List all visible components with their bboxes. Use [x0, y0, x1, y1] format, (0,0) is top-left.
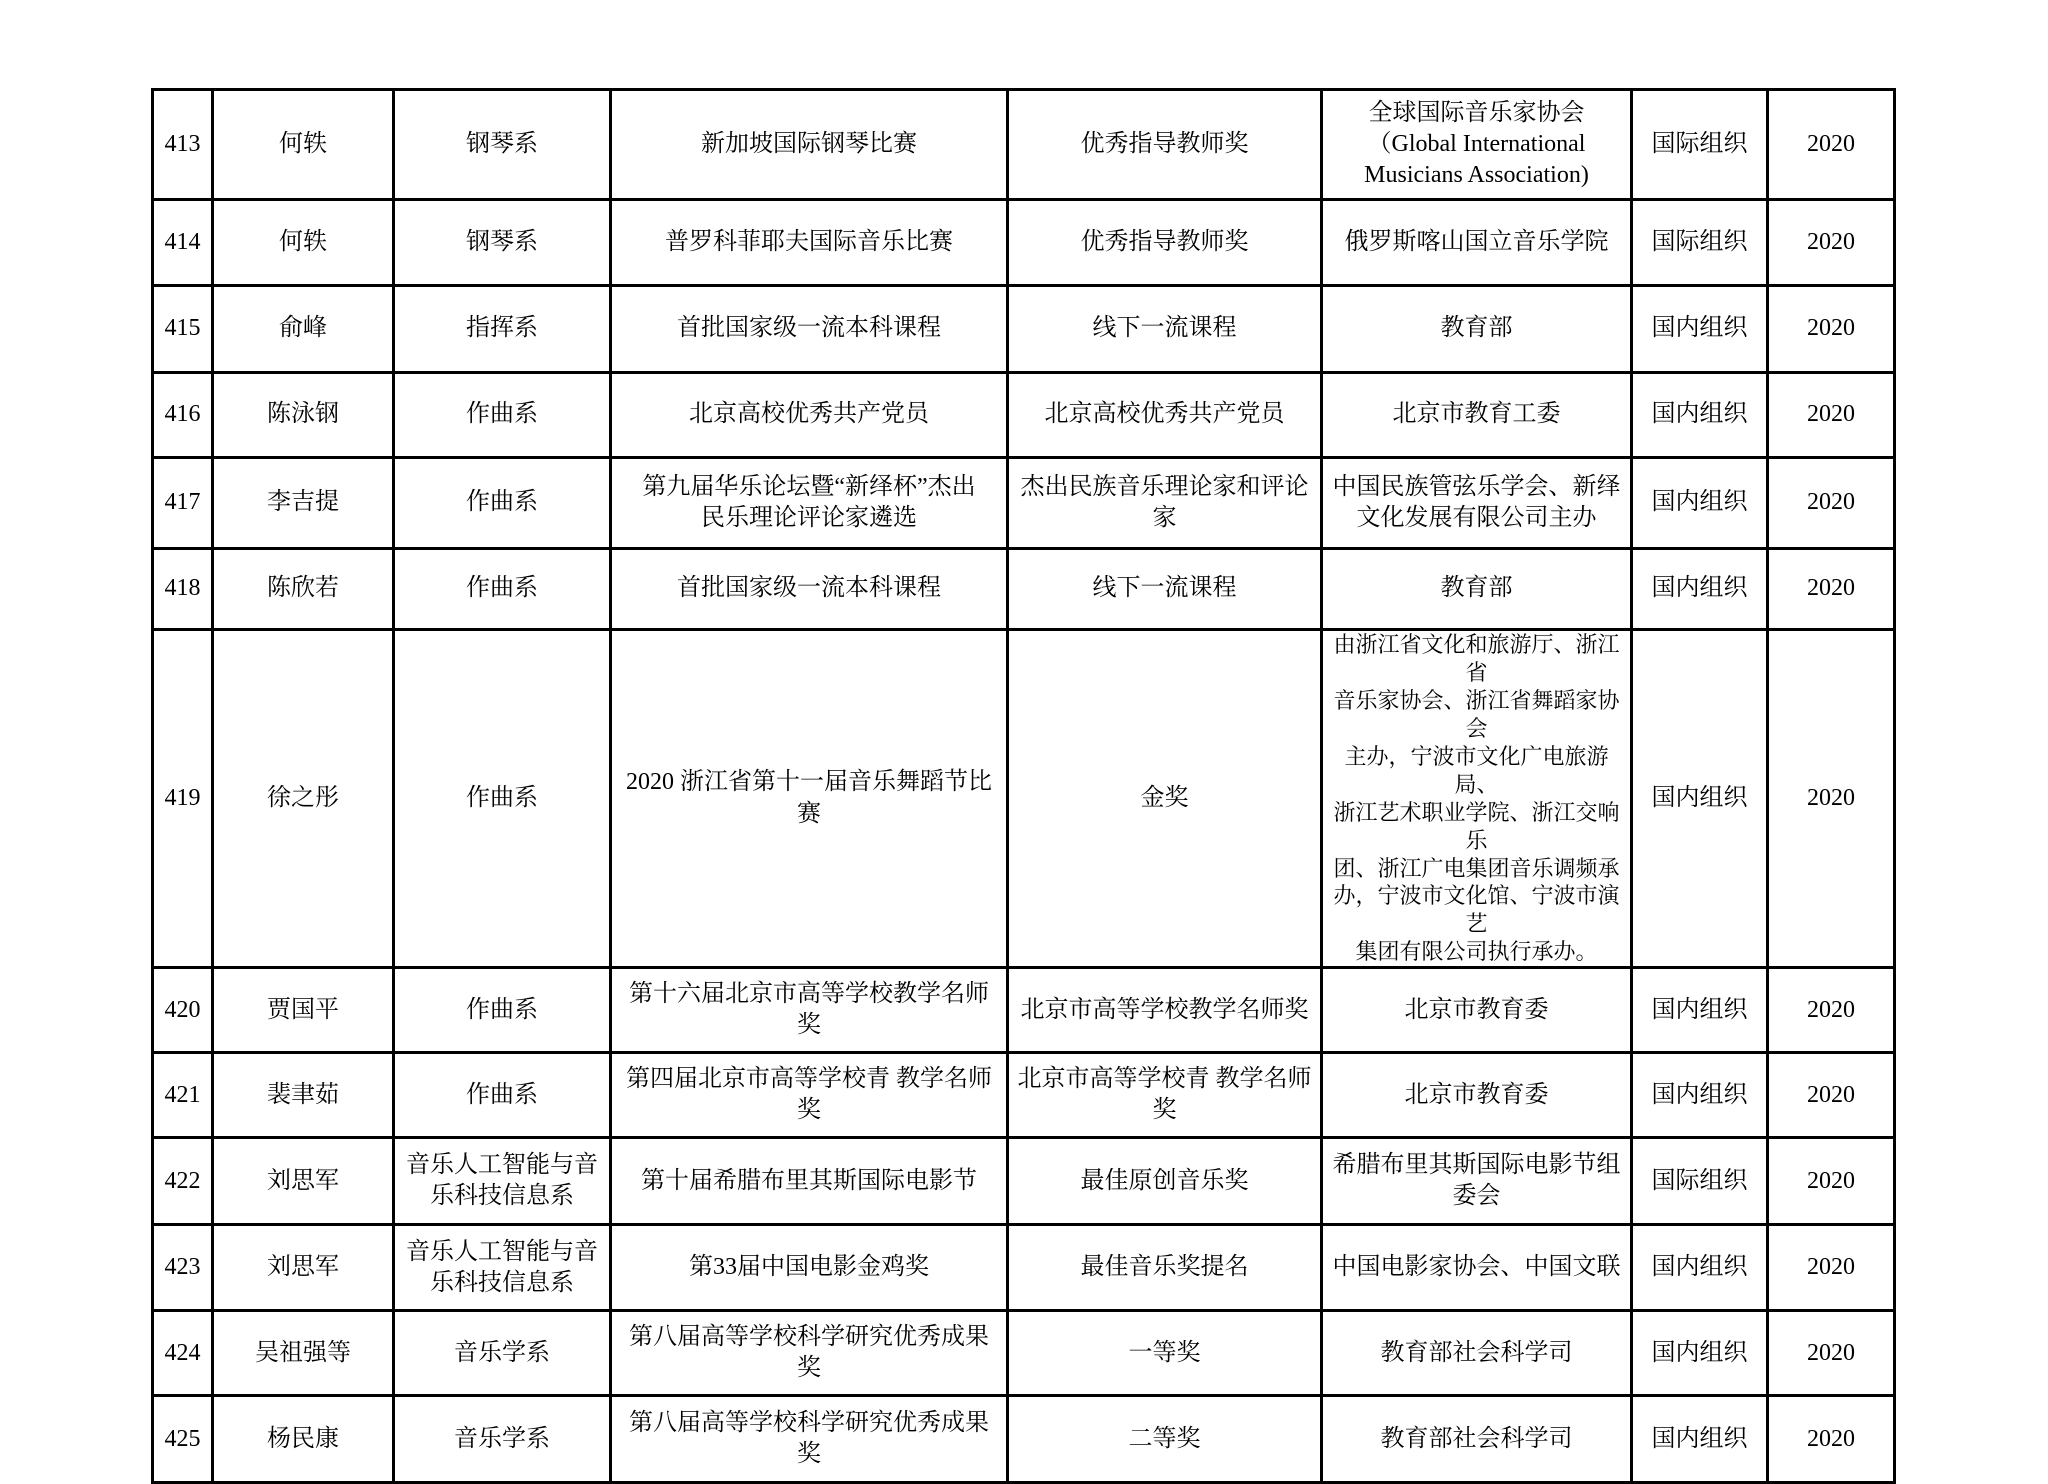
- department-cell: 音乐人工智能与音 乐科技信息系: [394, 1225, 611, 1311]
- department-cell: 钢琴系: [394, 200, 611, 286]
- organization-cell: 北京市教育委: [1322, 1053, 1632, 1138]
- department-cell: 作曲系: [394, 968, 611, 1053]
- year-cell: 2020: [1768, 968, 1895, 1053]
- seq-cell: 413: [153, 90, 213, 200]
- award-cell: 线下一流课程: [1008, 549, 1322, 630]
- name-cell: 杨民康: [213, 1396, 394, 1483]
- table-row: 418 陈欣若 作曲系 首批国家级一流本科课程 线下一流课程 教育部 国内组织 …: [153, 549, 1895, 630]
- name-cell: 裴聿茹: [213, 1053, 394, 1138]
- award-cell: 最佳原创音乐奖: [1008, 1138, 1322, 1225]
- organization-cell: 由浙江省文化和旅游厅、浙江省 音乐家协会、浙江省舞蹈家协会 主办，宁波市文化广电…: [1322, 630, 1632, 968]
- table-row: 421 裴聿茹 作曲系 第四届北京市高等学校青 教学名师 奖 北京市高等学校青 …: [153, 1053, 1895, 1138]
- seq-cell: 422: [153, 1138, 213, 1225]
- year-cell: 2020: [1768, 1396, 1895, 1483]
- organization-cell: 北京市教育委: [1322, 968, 1632, 1053]
- category-cell: 国际组织: [1632, 90, 1768, 200]
- name-cell: 刘思军: [213, 1225, 394, 1311]
- name-cell: 何轶: [213, 90, 394, 200]
- event-cell: 第八届高等学校科学研究优秀成果 奖: [611, 1311, 1008, 1396]
- seq-cell: 415: [153, 286, 213, 373]
- seq-cell: 423: [153, 1225, 213, 1311]
- organization-cell: 教育部社会科学司: [1322, 1311, 1632, 1396]
- table-row: 425 杨民康 音乐学系 第八届高等学校科学研究优秀成果 奖 二等奖 教育部社会…: [153, 1396, 1895, 1483]
- organization-cell: 中国民族管弦乐学会、新绎 文化发展有限公司主办: [1322, 458, 1632, 549]
- name-cell: 何轶: [213, 200, 394, 286]
- event-cell: 首批国家级一流本科课程: [611, 286, 1008, 373]
- event-cell: 首批国家级一流本科课程: [611, 549, 1008, 630]
- event-cell: 新加坡国际钢琴比赛: [611, 90, 1008, 200]
- award-cell: 金奖: [1008, 630, 1322, 968]
- table-row: 413 何轶 钢琴系 新加坡国际钢琴比赛 优秀指导教师奖 全球国际音乐家协会 （…: [153, 90, 1895, 200]
- year-cell: 2020: [1768, 630, 1895, 968]
- award-cell: 北京市高等学校教学名师奖: [1008, 968, 1322, 1053]
- name-cell: 陈泳钢: [213, 373, 394, 458]
- year-cell: 2020: [1768, 200, 1895, 286]
- award-cell: 线下一流课程: [1008, 286, 1322, 373]
- organization-cell: 教育部社会科学司: [1322, 1396, 1632, 1483]
- award-cell: 二等奖: [1008, 1396, 1322, 1483]
- award-cell: 一等奖: [1008, 1311, 1322, 1396]
- department-cell: 作曲系: [394, 549, 611, 630]
- award-cell: 杰出民族音乐理论家和评论 家: [1008, 458, 1322, 549]
- document-page: { "document": { "background_color": "#ff…: [0, 0, 2048, 1449]
- seq-cell: 417: [153, 458, 213, 549]
- name-cell: 吴祖强等: [213, 1311, 394, 1396]
- year-cell: 2020: [1768, 90, 1895, 200]
- name-cell: 徐之彤: [213, 630, 394, 968]
- seq-cell: 419: [153, 630, 213, 968]
- organization-cell: 教育部: [1322, 549, 1632, 630]
- category-cell: 国内组织: [1632, 1053, 1768, 1138]
- category-cell: 国内组织: [1632, 1311, 1768, 1396]
- category-cell: 国际组织: [1632, 200, 1768, 286]
- table-row: 423 刘思军 音乐人工智能与音 乐科技信息系 第33届中国电影金鸡奖 最佳音乐…: [153, 1225, 1895, 1311]
- organization-cell: 中国电影家协会、中国文联: [1322, 1225, 1632, 1311]
- category-cell: 国内组织: [1632, 968, 1768, 1053]
- department-cell: 作曲系: [394, 1053, 611, 1138]
- table-row: 416 陈泳钢 作曲系 北京高校优秀共产党员 北京高校优秀共产党员 北京市教育工…: [153, 373, 1895, 458]
- category-cell: 国内组织: [1632, 458, 1768, 549]
- category-cell: 国内组织: [1632, 630, 1768, 968]
- department-cell: 作曲系: [394, 458, 611, 549]
- event-cell: 2020 浙江省第十一届音乐舞蹈节比 赛: [611, 630, 1008, 968]
- seq-cell: 421: [153, 1053, 213, 1138]
- table-row: 422 刘思军 音乐人工智能与音 乐科技信息系 第十届希腊布里其斯国际电影节 最…: [153, 1138, 1895, 1225]
- year-cell: 2020: [1768, 1138, 1895, 1225]
- category-cell: 国内组织: [1632, 1396, 1768, 1483]
- award-cell: 北京高校优秀共产党员: [1008, 373, 1322, 458]
- seq-cell: 416: [153, 373, 213, 458]
- department-cell: 指挥系: [394, 286, 611, 373]
- award-cell: 最佳音乐奖提名: [1008, 1225, 1322, 1311]
- event-cell: 第十届希腊布里其斯国际电影节: [611, 1138, 1008, 1225]
- name-cell: 李吉提: [213, 458, 394, 549]
- year-cell: 2020: [1768, 286, 1895, 373]
- award-cell: 北京市高等学校青 教学名师 奖: [1008, 1053, 1322, 1138]
- award-cell: 优秀指导教师奖: [1008, 90, 1322, 200]
- table-row: 424 吴祖强等 音乐学系 第八届高等学校科学研究优秀成果 奖 一等奖 教育部社…: [153, 1311, 1895, 1396]
- event-cell: 普罗科菲耶夫国际音乐比赛: [611, 200, 1008, 286]
- awards-table: 413 何轶 钢琴系 新加坡国际钢琴比赛 优秀指导教师奖 全球国际音乐家协会 （…: [151, 88, 1896, 1484]
- seq-cell: 420: [153, 968, 213, 1053]
- seq-cell: 424: [153, 1311, 213, 1396]
- organization-cell: 希腊布里其斯国际电影节组 委会: [1322, 1138, 1632, 1225]
- department-cell: 作曲系: [394, 373, 611, 458]
- event-cell: 北京高校优秀共产党员: [611, 373, 1008, 458]
- seq-cell: 418: [153, 549, 213, 630]
- year-cell: 2020: [1768, 373, 1895, 458]
- table-row: 420 贾国平 作曲系 第十六届北京市高等学校教学名师 奖 北京市高等学校教学名…: [153, 968, 1895, 1053]
- event-cell: 第33届中国电影金鸡奖: [611, 1225, 1008, 1311]
- name-cell: 贾国平: [213, 968, 394, 1053]
- year-cell: 2020: [1768, 1225, 1895, 1311]
- event-cell: 第八届高等学校科学研究优秀成果 奖: [611, 1396, 1008, 1483]
- event-cell: 第十六届北京市高等学校教学名师 奖: [611, 968, 1008, 1053]
- name-cell: 俞峰: [213, 286, 394, 373]
- seq-cell: 425: [153, 1396, 213, 1483]
- table-row: 415 俞峰 指挥系 首批国家级一流本科课程 线下一流课程 教育部 国内组织 2…: [153, 286, 1895, 373]
- category-cell: 国内组织: [1632, 373, 1768, 458]
- table-row: 414 何轶 钢琴系 普罗科菲耶夫国际音乐比赛 优秀指导教师奖 俄罗斯喀山国立音…: [153, 200, 1895, 286]
- event-cell: 第四届北京市高等学校青 教学名师 奖: [611, 1053, 1008, 1138]
- department-cell: 音乐学系: [394, 1311, 611, 1396]
- year-cell: 2020: [1768, 1311, 1895, 1396]
- category-cell: 国际组织: [1632, 1138, 1768, 1225]
- organization-cell: 北京市教育工委: [1322, 373, 1632, 458]
- table-row: 419 徐之彤 作曲系 2020 浙江省第十一届音乐舞蹈节比 赛 金奖 由浙江省…: [153, 630, 1895, 968]
- award-cell: 优秀指导教师奖: [1008, 200, 1322, 286]
- department-cell: 音乐学系: [394, 1396, 611, 1483]
- event-cell: 第九届华乐论坛暨“新绎杯”杰出 民乐理论评论家遴选: [611, 458, 1008, 549]
- year-cell: 2020: [1768, 1053, 1895, 1138]
- seq-cell: 414: [153, 200, 213, 286]
- category-cell: 国内组织: [1632, 549, 1768, 630]
- department-cell: 钢琴系: [394, 90, 611, 200]
- year-cell: 2020: [1768, 458, 1895, 549]
- organization-cell: 全球国际音乐家协会 （Global International Musician…: [1322, 90, 1632, 200]
- department-cell: 作曲系: [394, 630, 611, 968]
- department-cell: 音乐人工智能与音 乐科技信息系: [394, 1138, 611, 1225]
- category-cell: 国内组织: [1632, 1225, 1768, 1311]
- organization-cell: 教育部: [1322, 286, 1632, 373]
- name-cell: 陈欣若: [213, 549, 394, 630]
- table-row: 417 李吉提 作曲系 第九届华乐论坛暨“新绎杯”杰出 民乐理论评论家遴选 杰出…: [153, 458, 1895, 549]
- year-cell: 2020: [1768, 549, 1895, 630]
- organization-cell: 俄罗斯喀山国立音乐学院: [1322, 200, 1632, 286]
- name-cell: 刘思军: [213, 1138, 394, 1225]
- category-cell: 国内组织: [1632, 286, 1768, 373]
